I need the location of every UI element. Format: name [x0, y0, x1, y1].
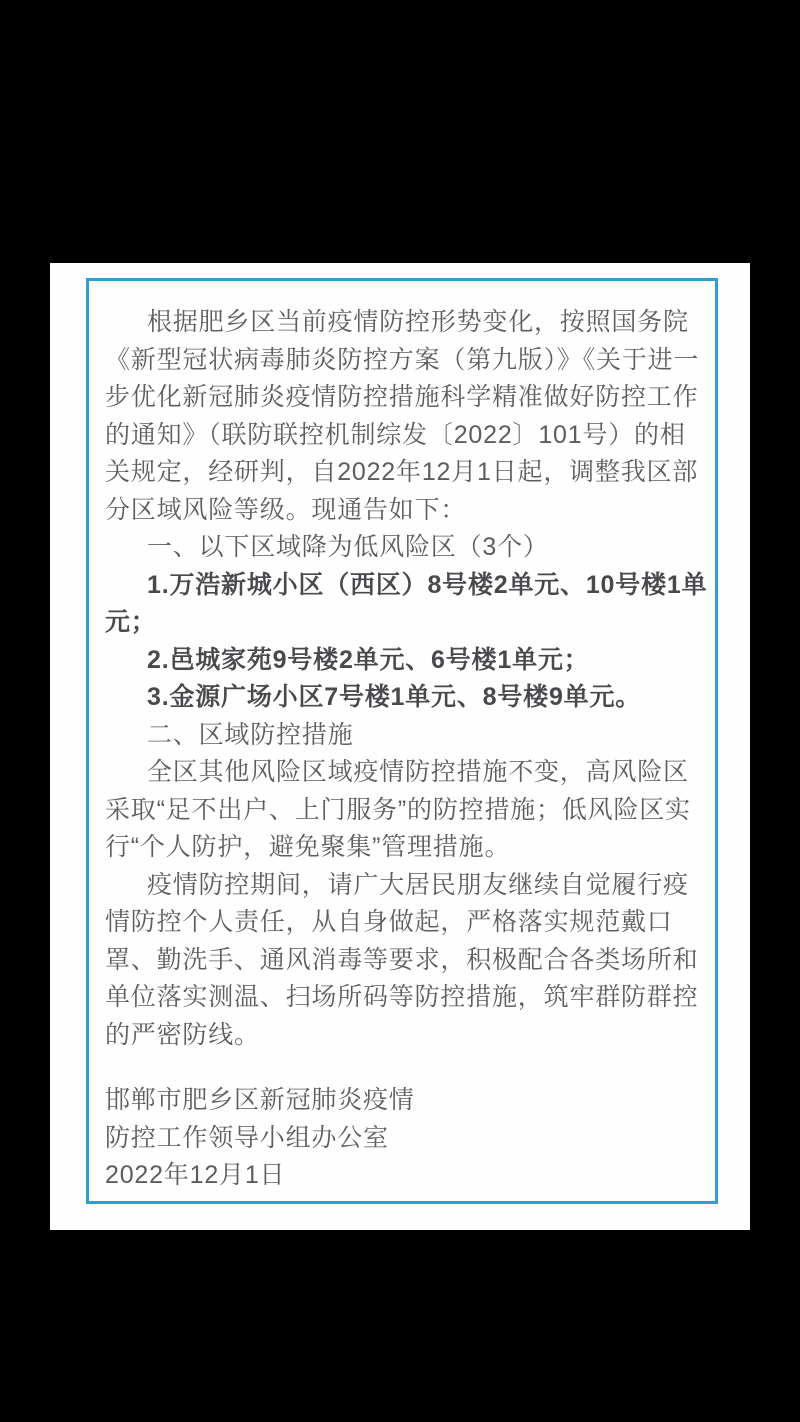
notice-paragraph-intro: 根据肥乡区当前疫情防控形势变化，按照国务院《新型冠状病毒肺炎防控方案（第九版）》… [105, 304, 708, 529]
screenshot-letterbox-background: 根据肥乡区当前疫情防控形势变化，按照国务院《新型冠状病毒肺炎防控方案（第九版）》… [0, 0, 800, 1422]
notice-section-2-heading: 二、区域防控措施 [105, 717, 708, 755]
signature-date: 2022年12月1日 [105, 1157, 708, 1195]
notice-section-1-heading: 一、以下区域降为低风险区（3个） [105, 529, 708, 567]
notice-border-frame: 根据肥乡区当前疫情防控形势变化，按照国务院《新型冠状病毒肺炎防控方案（第九版）》… [86, 278, 718, 1204]
notice-card: 根据肥乡区当前疫情防控形势变化，按照国务院《新型冠状病毒肺炎防控方案（第九版）》… [50, 263, 750, 1230]
risk-area-item-3: 3.金源广场小区7号楼1单元、8号楼9单元。 [105, 679, 708, 717]
notice-paragraph-control-measures: 全区其他风险区域疫情防控措施不变，高风险区采取“足不出户、上门服务”的防控措施；… [105, 754, 708, 867]
signature-org-line-2: 防控工作领导小组办公室 [105, 1120, 708, 1158]
risk-area-item-2: 2.邑城家苑9号楼2单元、6号楼1单元； [105, 642, 708, 680]
notice-paragraph-public-appeal: 疫情防控期间，请广大居民朋友继续自觉履行疫情防控个人责任，从自身做起，严格落实规… [105, 867, 708, 1055]
signature-org-line-1: 邯郸市肥乡区新冠肺炎疫情 [105, 1082, 708, 1120]
signature-block: 邯郸市肥乡区新冠肺炎疫情 防控工作领导小组办公室 2022年12月1日 [105, 1082, 708, 1195]
risk-area-item-1: 1.万浩新城小区（西区）8号楼2单元、10号楼1单元； [105, 567, 708, 642]
